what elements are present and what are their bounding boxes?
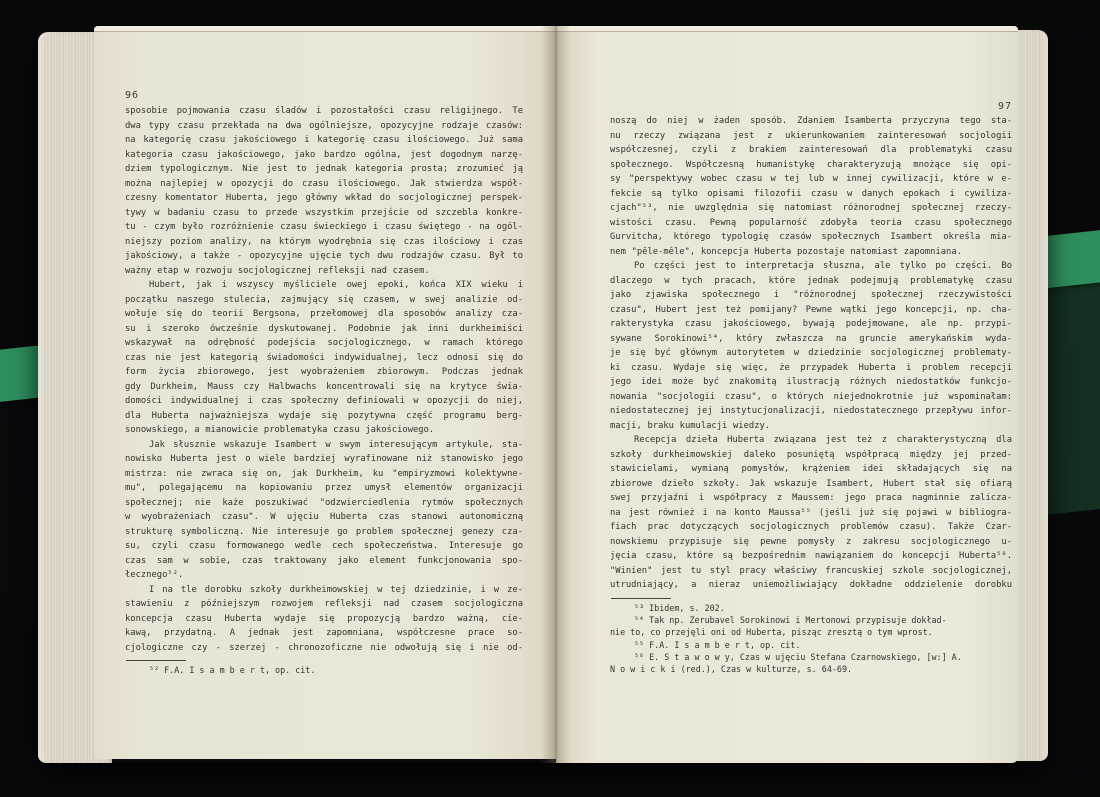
text-line: można najlepiej w opozycji do czasu iloś…	[125, 177, 523, 192]
footnote-line: ⁵⁵ F.A. I s a m b e r t, op. cit.	[610, 639, 1012, 651]
text-line: Jak słusznie wskazuje Isambert w swym in…	[125, 438, 523, 453]
text-line: cjologiczne czy - szerzej - chronozoficz…	[125, 641, 523, 656]
text-line: fiach prac dotyczących socjologicznych p…	[610, 520, 1012, 535]
page-97-text-column: 97 noszą do niej w żaden sposób. Zdaniem…	[610, 100, 1012, 676]
text-line: Gurvitcha, którego typologię czasów społ…	[610, 230, 1012, 245]
text-line: wistości czasu. Pewną popularność zdobył…	[610, 216, 1012, 231]
text-line: kawą, przydatną. A jednak jest zapomnian…	[125, 626, 523, 641]
right-page-edge-stack	[1014, 30, 1048, 761]
text-line: nowskiemu przypisuje się pewne pomysły z…	[610, 535, 1012, 550]
text-line: czesny komentator Huberta, jego główny w…	[125, 191, 523, 206]
text-line: tu - czym było rozróżnienie czasu świeck…	[125, 220, 523, 235]
text-line: Recepcja dzieła Huberta związana jest te…	[610, 433, 1012, 448]
text-line: dla Huberta najważniejsza wydaje się poz…	[125, 409, 523, 424]
open-book-spread: 96 sposobie pojmowania czasu śladów i po…	[38, 26, 1048, 763]
text-line: początku naszego stulecia, zajmujący się…	[125, 293, 523, 308]
text-line: ważny etap w rozwoju socjologicznej refl…	[125, 264, 523, 279]
book-gutter-fold	[541, 26, 571, 763]
text-line: domości indywidualnej i czas społeczny d…	[125, 394, 523, 409]
text-line: na jest również i na konto Maussa⁵⁵ (jeś…	[610, 506, 1012, 521]
text-line: sonowskiego, a mianowicie problematyka c…	[125, 423, 523, 438]
text-line: Hubert, jak i wszyscy myśliciele owej ep…	[125, 278, 523, 293]
text-line: koncepcja czasu Huberta wydaje się propo…	[125, 612, 523, 627]
text-line: noszą do niej w żaden sposób. Zdaniem Is…	[610, 114, 1012, 129]
text-line: jakościowy, a także - opozycyjne ujęcie …	[125, 249, 523, 264]
text-line: utrudniający, a nieraz uniemożliwiający …	[610, 578, 1012, 593]
footnote-line: N o w i c k i (red.), Czas w kulturze, s…	[610, 663, 1012, 675]
text-line: w wyobrażeniach czasu". W ujęciu Huberta…	[125, 510, 523, 525]
page-97-body: noszą do niej w żaden sposób. Zdaniem Is…	[610, 114, 1012, 676]
text-line: jako zjawiska społecznego i "różnorodnej…	[610, 288, 1012, 303]
text-line: dwa typy czasu przekłada na dwa ogólniej…	[125, 119, 523, 134]
page-number-97: 97	[610, 100, 1012, 114]
text-line: su, czyli czasu formowanego wedle cech s…	[125, 539, 523, 554]
footnote-line: ⁵⁶ E. S t a w o w y, Czas w ujęciu Stefa…	[610, 651, 1012, 663]
text-line: nem "pêle-mêle", koncepcja Huberta pozos…	[610, 245, 1012, 260]
text-line: nowania "socjologii czasu", o których ni…	[610, 390, 1012, 405]
text-line: wołuje się do teorii Bergsona, przełomow…	[125, 307, 523, 322]
text-line: dziem typologicznym. Nie jest to jednak …	[125, 162, 523, 177]
text-line: na kategorię czasu jakościowego i katego…	[125, 133, 523, 148]
text-line: zbiorowe dzieło szkoły. Jak wskazuje Isa…	[610, 477, 1012, 492]
footnote-line: ⁵² F.A. I s a m b e r t, op. cit.	[125, 664, 523, 676]
text-line: jego idei może być znakomitą ilustracją …	[610, 375, 1012, 390]
text-line: nu rzeczy związana jest z ukierunkowanie…	[610, 129, 1012, 144]
text-line: łecznego⁵².	[125, 568, 523, 583]
text-line: społecznego. Współczesną humanistykę cha…	[610, 158, 1012, 173]
text-line: macji, braku kumulacji wiedzy.	[610, 419, 1012, 434]
text-line: stawieniu z późniejszym rozwojem refleks…	[125, 597, 523, 612]
text-line: szkoły durkheimowskiej daleko posuniętą …	[610, 448, 1012, 463]
footnote-line: ⁵³ Ibidem, s. 202.	[610, 602, 1012, 614]
text-line: je się być głównym autorytetem w dziedzi…	[610, 346, 1012, 361]
page-number-96: 96	[125, 88, 523, 104]
text-line: nowisko Huberta jest o wiele bardziej wy…	[125, 452, 523, 467]
text-line: mu", polegającemu na kopiowaniu przez um…	[125, 481, 523, 496]
footnote-line: nie to, co przejęli oni od Huberta, pisz…	[610, 626, 1012, 638]
text-line: jęcia czasu, które są bezpośrednim nawią…	[610, 549, 1012, 564]
text-line: czas sam w sobie, czas traktowany jako e…	[125, 554, 523, 569]
text-line: kategoria czasu jakościowego, jako bardz…	[125, 148, 523, 163]
photo-backdrop: 96 sposobie pojmowania czasu śladów i po…	[0, 0, 1100, 797]
text-line: społecznej; nie każe poszukiwać "odzwier…	[125, 496, 523, 511]
page-96-text-column: 96 sposobie pojmowania czasu śladów i po…	[125, 88, 523, 676]
text-line: Po części jest to interpretacja słuszna,…	[610, 259, 1012, 274]
text-line: fekcie są tylko opisami filozofii czasu …	[610, 187, 1012, 202]
text-line: tywy w badaniu czasu to przede wszystkim…	[125, 206, 523, 221]
text-line: czasu", Hubert jest też pomijany? Pewne …	[610, 303, 1012, 318]
text-line: I na tle dorobku szkoły durkheimowskiej …	[125, 583, 523, 598]
text-line: sy "perspektywy wobec czasu w tej lub w …	[610, 172, 1012, 187]
text-line: niedostatecznej jej instytucjonalizacji,…	[610, 404, 1012, 419]
text-line: cjach"⁵³, nie uwzględnia się natomiast r…	[610, 201, 1012, 216]
footnote-separator	[126, 660, 186, 661]
text-line: sposobie pojmowania czasu śladów i pozos…	[125, 104, 523, 119]
text-line: niejszy poziom analizy, na którym wyodrę…	[125, 235, 523, 250]
text-line: mistrza: nie zwraca się on, jak Durkheim…	[125, 467, 523, 482]
text-line: gdy Durkheim, Mauss czy Halbwachs koncen…	[125, 380, 523, 395]
text-line: współczesnej, czyli z brakiem zaintereso…	[610, 143, 1012, 158]
text-line: rakterystyka czasu jakościowego, bywają …	[610, 317, 1012, 332]
page-96-body: sposobie pojmowania czasu śladów i pozos…	[125, 104, 523, 676]
text-line: czas nie jest kategorią świadomości indy…	[125, 351, 523, 366]
text-line: stawicielami, wymianą pomysłów, krążenie…	[610, 462, 1012, 477]
text-line: swej przyjaźni i współpracy z Maussem: j…	[610, 491, 1012, 506]
text-line: form życia zbiorowego, jest wyobrażeniem…	[125, 365, 523, 380]
text-line: ki czasu. Wydaje się więc, że przypadek …	[610, 361, 1012, 376]
text-line: wskazywał na odrębność podejścia socjolo…	[125, 336, 523, 351]
text-line: dlaczego w tych pracach, które jednak po…	[610, 274, 1012, 289]
text-line: su i szeroko ówcześnie dyskutowanej. Pod…	[125, 322, 523, 337]
text-line: sywane Sorokinowi⁵⁴, który zwłaszcza na …	[610, 332, 1012, 347]
text-line: strukturę symboliczną. Nie interesuje go…	[125, 525, 523, 540]
text-line: "Winien" jest tu styl pracy właściwy fra…	[610, 564, 1012, 579]
footnote-line: ⁵⁴ Tak np. Zerubavel Sorokinowi i Merton…	[610, 614, 1012, 626]
footnote-separator	[611, 598, 671, 599]
